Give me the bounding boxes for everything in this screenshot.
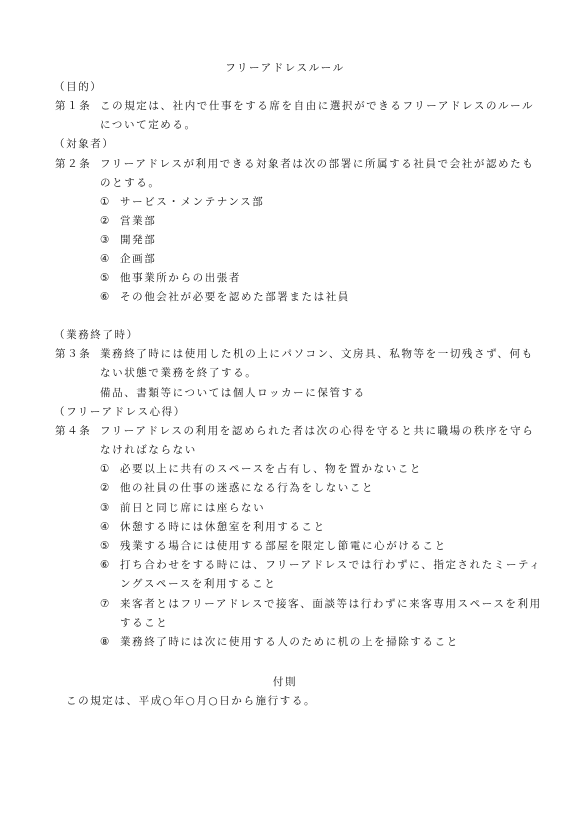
- article-4-body-line-1: フリーアドレスの利用を認められた者は次の心得を守ると共に職場の秩序を守ら: [100, 424, 534, 438]
- list-item-marker: ④: [100, 520, 111, 534]
- list-item-marker: ⑦: [100, 597, 111, 611]
- article-3-body-line-3: 備品、書類等については個人ロッカーに保管する: [100, 386, 366, 400]
- list-item-continuation: すること: [120, 616, 168, 630]
- list-item: 前日と同じ席には座らない: [120, 501, 265, 515]
- list-item: サービス・メンテナンス部: [120, 195, 264, 209]
- list-item: 業務終了時には次に使用する人のために机の上を掃除すること: [120, 635, 459, 649]
- article-4-body-line-2: なければならない: [100, 443, 197, 457]
- list-item: その他会社が必要を認めた部署または社員: [120, 290, 350, 304]
- list-item: 残業する場合には使用する部屋を限定し節電に心がけること: [120, 539, 447, 553]
- article-2-number: 第２条: [55, 157, 91, 171]
- list-item-continuation: ングスペースを利用すること: [120, 577, 276, 591]
- article-2-heading: （対象者）: [54, 137, 115, 151]
- document-title: フリーアドレスルール: [0, 61, 570, 75]
- article-4-heading: （フリーアドレス心得）: [54, 405, 186, 419]
- list-item: 必要以上に共有のスペースを占有し、物を置かないこと: [120, 462, 422, 476]
- list-item-marker: ⑥: [100, 290, 111, 304]
- supplementary-text: この規定は、平成○年○月○日から施行する。: [66, 694, 316, 708]
- list-item: 企画部: [120, 252, 156, 266]
- list-item-marker: ⑥: [100, 558, 111, 572]
- list-item: 打ち合わせをする時には、フリーアドレスでは行わずに、指定されたミーティ: [120, 558, 541, 572]
- list-item: 他の社員の仕事の迷惑になる行為をしないこと: [120, 481, 374, 495]
- list-item: 他事業所からの出張者: [120, 271, 241, 285]
- article-1-body-line-1: この規定は、社内で仕事をする席を自由に選択ができるフリーアドレスのルール: [100, 99, 534, 113]
- article-3-number: 第３条: [55, 347, 91, 361]
- article-2-body-line-2: のとする。: [100, 176, 161, 190]
- article-3-body-line-2: ない状態で業務を終了する。: [100, 366, 257, 380]
- article-3-body-line-1: 業務終了時には使用した机の上にパソコン、文房具、私物等を一切残さず、何も: [100, 347, 534, 361]
- list-item-marker: ①: [100, 462, 111, 476]
- list-item: 開発部: [120, 233, 156, 247]
- supplementary-heading: 付則: [0, 675, 570, 689]
- list-item: 営業部: [120, 214, 156, 228]
- list-item-marker: ⑧: [100, 635, 111, 649]
- article-2-body-line-1: フリーアドレスが利用できる対象者は次の部署に所属する社員で会社が認めたも: [100, 157, 534, 171]
- article-1-body-line-2: について定める。: [100, 118, 197, 132]
- list-item: 来客者とはフリーアドレスで接客、面談等は行わずに来客専用スペースを利用: [120, 597, 542, 611]
- article-3-heading: （業務終了時）: [54, 328, 139, 342]
- list-item-marker: ①: [100, 195, 111, 209]
- list-item-marker: ④: [100, 252, 111, 266]
- article-1-number: 第１条: [55, 99, 91, 113]
- list-item-marker: ⑤: [100, 271, 111, 285]
- list-item-marker: ⑤: [100, 539, 111, 553]
- document-page: フリーアドレスルール （目的） 第１条 この規定は、社内で仕事をする席を自由に選…: [0, 0, 570, 817]
- list-item-marker: ③: [100, 501, 111, 515]
- article-4-number: 第４条: [55, 424, 91, 438]
- article-1-heading: （目的）: [54, 80, 102, 94]
- list-item-marker: ②: [100, 481, 111, 495]
- list-item: 休憩する時には休憩室を利用すること: [120, 520, 326, 534]
- list-item-marker: ②: [100, 214, 111, 228]
- list-item-marker: ③: [100, 233, 111, 247]
